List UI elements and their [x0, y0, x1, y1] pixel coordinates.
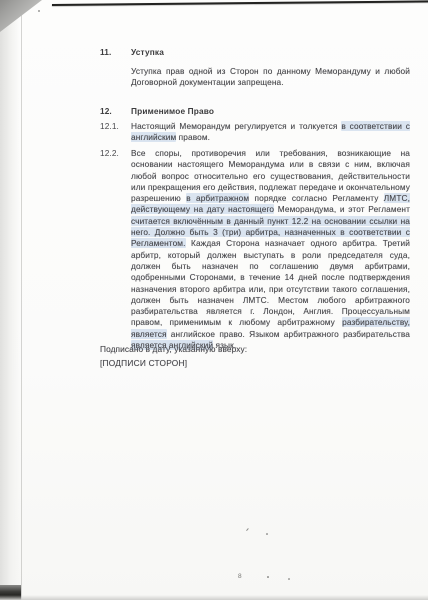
clause-number: 12.2.	[100, 148, 119, 158]
document-body: 11. Уступка Уступка прав одной из Сторон…	[0, 0, 428, 600]
signature-placeholder: [ПОДПИСИ СТОРОН]	[100, 358, 410, 369]
text-segment: Меморандума, и этот Регламент	[274, 204, 410, 214]
highlighted-text: в арбитражном	[186, 193, 249, 203]
closing-line: Подписано в дату, указанную вверху:	[100, 344, 410, 355]
section-12-heading-row: 12. Применимое Право	[100, 106, 410, 116]
clause-number: 12.1.	[100, 121, 119, 131]
text-segment: Каждая Сторона назначает одного арбитра.…	[131, 238, 410, 327]
text-segment: английское право. Языком арбитражного ра…	[167, 329, 410, 339]
clause-text: Настоящий Меморандум регулируется и толк…	[131, 121, 410, 144]
section-heading: Применимое Право	[131, 106, 410, 116]
page-number: 8	[238, 573, 242, 580]
text-segment: Настоящий Меморандум регулируется и толк…	[131, 121, 341, 131]
clause-text: Все споры, противоречия или требования, …	[131, 148, 410, 351]
text-segment: порядке согласно Регламенту	[249, 193, 384, 203]
text-segment: правом.	[176, 132, 210, 142]
section-number: 11.	[100, 47, 111, 57]
section-11-heading-row: 11. Уступка	[100, 47, 410, 57]
closing-line-row: Подписано в дату, указанную вверху:	[100, 344, 410, 355]
clause-12-2-row: 12.2. Все споры, противоречия или требов…	[100, 148, 410, 351]
section-11-paragraph-row: Уступка прав одной из Сторон по данному …	[100, 66, 410, 89]
signature-placeholder-row: [ПОДПИСИ СТОРОН]	[100, 358, 410, 369]
section-number: 12.	[100, 106, 112, 116]
scanned-page: 11. Уступка Уступка прав одной из Сторон…	[0, 0, 428, 600]
clause-12-1-row: 12.1. Настоящий Меморандум регулируется …	[100, 121, 410, 144]
paragraph-text: Уступка прав одной из Сторон по данному …	[131, 66, 410, 89]
section-heading: Уступка	[131, 47, 410, 57]
